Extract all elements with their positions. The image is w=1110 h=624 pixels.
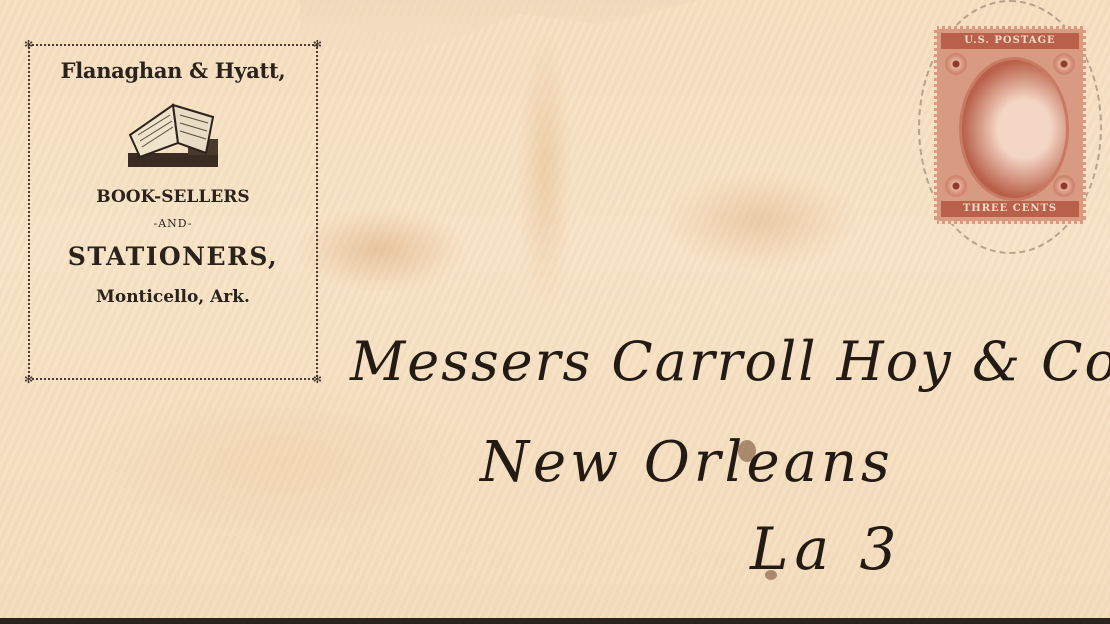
ornament-icon: ✻ xyxy=(24,373,33,386)
rosette-icon xyxy=(1053,175,1075,197)
conjunction: -AND- xyxy=(30,217,316,230)
scan-edge xyxy=(0,618,1110,624)
stamp-bottom-text: THREE CENTS xyxy=(941,201,1079,217)
business-type-2: STATIONERS, xyxy=(30,242,316,271)
open-book-icon xyxy=(118,95,228,173)
business-location: Monticello, Ark. xyxy=(30,287,316,307)
business-type: BOOK-SELLERS xyxy=(30,187,316,207)
torn-flap xyxy=(300,0,700,55)
rosette-icon xyxy=(1053,53,1075,75)
address-line-state: La 3 xyxy=(750,515,902,583)
envelope: ✻ ✻ ✻ ✻ Flanaghan & Hyatt, BOOK-SELLERS … xyxy=(0,0,1110,618)
ornament-icon: ✻ xyxy=(313,373,322,386)
corner-card: ✻ ✻ ✻ ✻ Flanaghan & Hyatt, BOOK-SELLERS … xyxy=(28,44,318,380)
stamp-top-text: U.S. POSTAGE xyxy=(941,33,1079,49)
rosette-icon xyxy=(945,53,967,75)
portrait-icon xyxy=(959,57,1069,201)
rosette-icon xyxy=(945,175,967,197)
address-line-city: New Orleans xyxy=(480,430,894,495)
address-line-recipient: Messers Carroll Hoy & Co xyxy=(350,330,1110,393)
ornament-icon: ✻ xyxy=(24,38,33,51)
ornament-icon: ✻ xyxy=(313,38,322,51)
business-name: Flanaghan & Hyatt, xyxy=(30,58,316,83)
postage-stamp: U.S. POSTAGE THREE CENTS xyxy=(934,26,1086,224)
